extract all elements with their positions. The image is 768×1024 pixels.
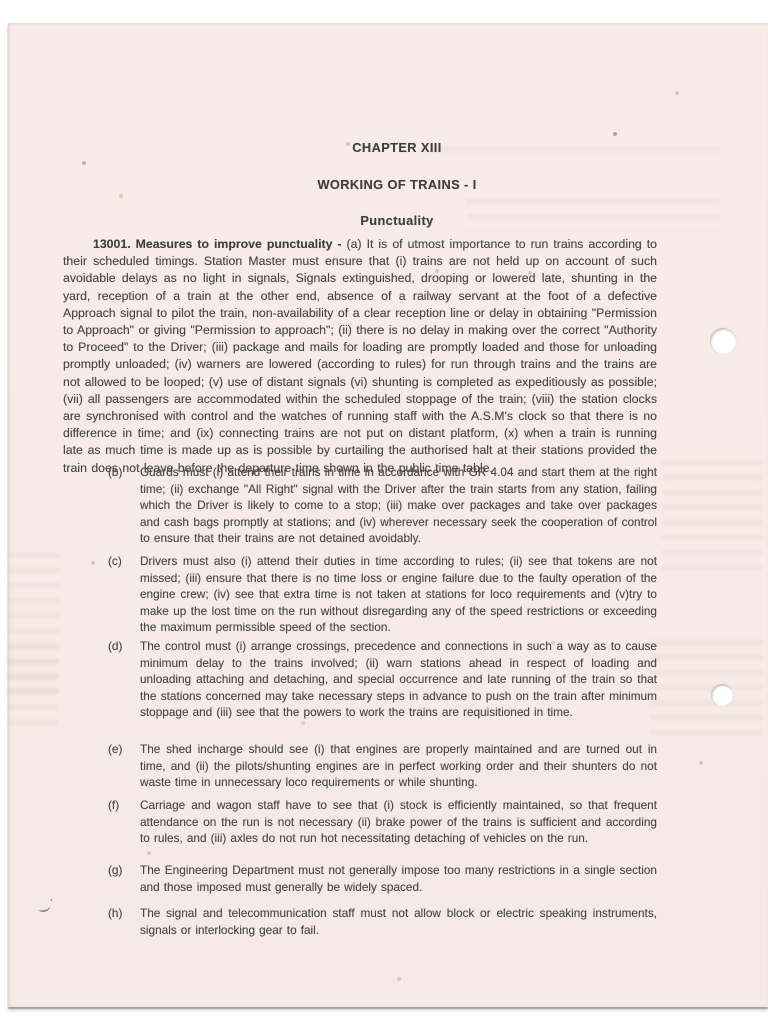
clause-item-c: (c) Drivers must also (i) attend their d… [108, 553, 657, 636]
clause-item-d: (d) The control must (i) arrange crossin… [108, 638, 657, 721]
clause-label: (h) [108, 905, 134, 938]
hole-punch-bottom [711, 684, 733, 706]
clause-label: (g) [108, 862, 134, 895]
clause-item-h: (h) The signal and telecommunication sta… [108, 905, 657, 938]
clause-label: (b) [108, 464, 134, 547]
scan-background: CHAPTER XIII WORKING OF TRAINS - I Punct… [0, 0, 768, 1024]
clause-item-f: (f) Carriage and wagon staff have to see… [108, 797, 657, 847]
chapter-heading: CHAPTER XIII [63, 140, 731, 155]
clause-text: The shed incharge should see (i) that en… [140, 741, 657, 791]
section-heading: Punctuality [63, 213, 731, 228]
clause-text: Guards must (i) attend their trains in t… [140, 464, 657, 547]
clause-text: Carriage and wagon staff have to see tha… [140, 797, 657, 847]
clause-label: (d) [108, 638, 134, 721]
clause-a-label: (a) [347, 237, 362, 251]
clause-a-text: It is of utmost importance to run trains… [63, 237, 657, 475]
clause-item-g: (g) The Engineering Department must not … [108, 862, 657, 895]
clause-label: (e) [108, 741, 134, 791]
clause-label: (f) [108, 797, 134, 847]
hole-punch-top [710, 328, 736, 354]
document-title: WORKING OF TRAINS - I [63, 177, 731, 192]
clause-text: The Engineering Department must not gene… [140, 862, 657, 895]
clause-text: Drivers must also (i) attend their dutie… [140, 553, 657, 636]
paper-specks [0, 0, 2, 2]
rule-heading: Measures to improve punctuality - [136, 237, 342, 251]
clause-label: (c) [108, 553, 134, 636]
rule-number: 13001. [93, 237, 131, 251]
rule-13001-paragraph: 13001. Measures to improve punctuality -… [63, 236, 657, 477]
clause-item-e: (e) The shed incharge should see (i) tha… [108, 741, 657, 791]
clause-text: The signal and telecommunication staff m… [140, 905, 657, 938]
clause-item-b: (b) Guards must (i) attend their trains … [108, 464, 657, 547]
clause-text: The control must (i) arrange crossings, … [140, 638, 657, 721]
